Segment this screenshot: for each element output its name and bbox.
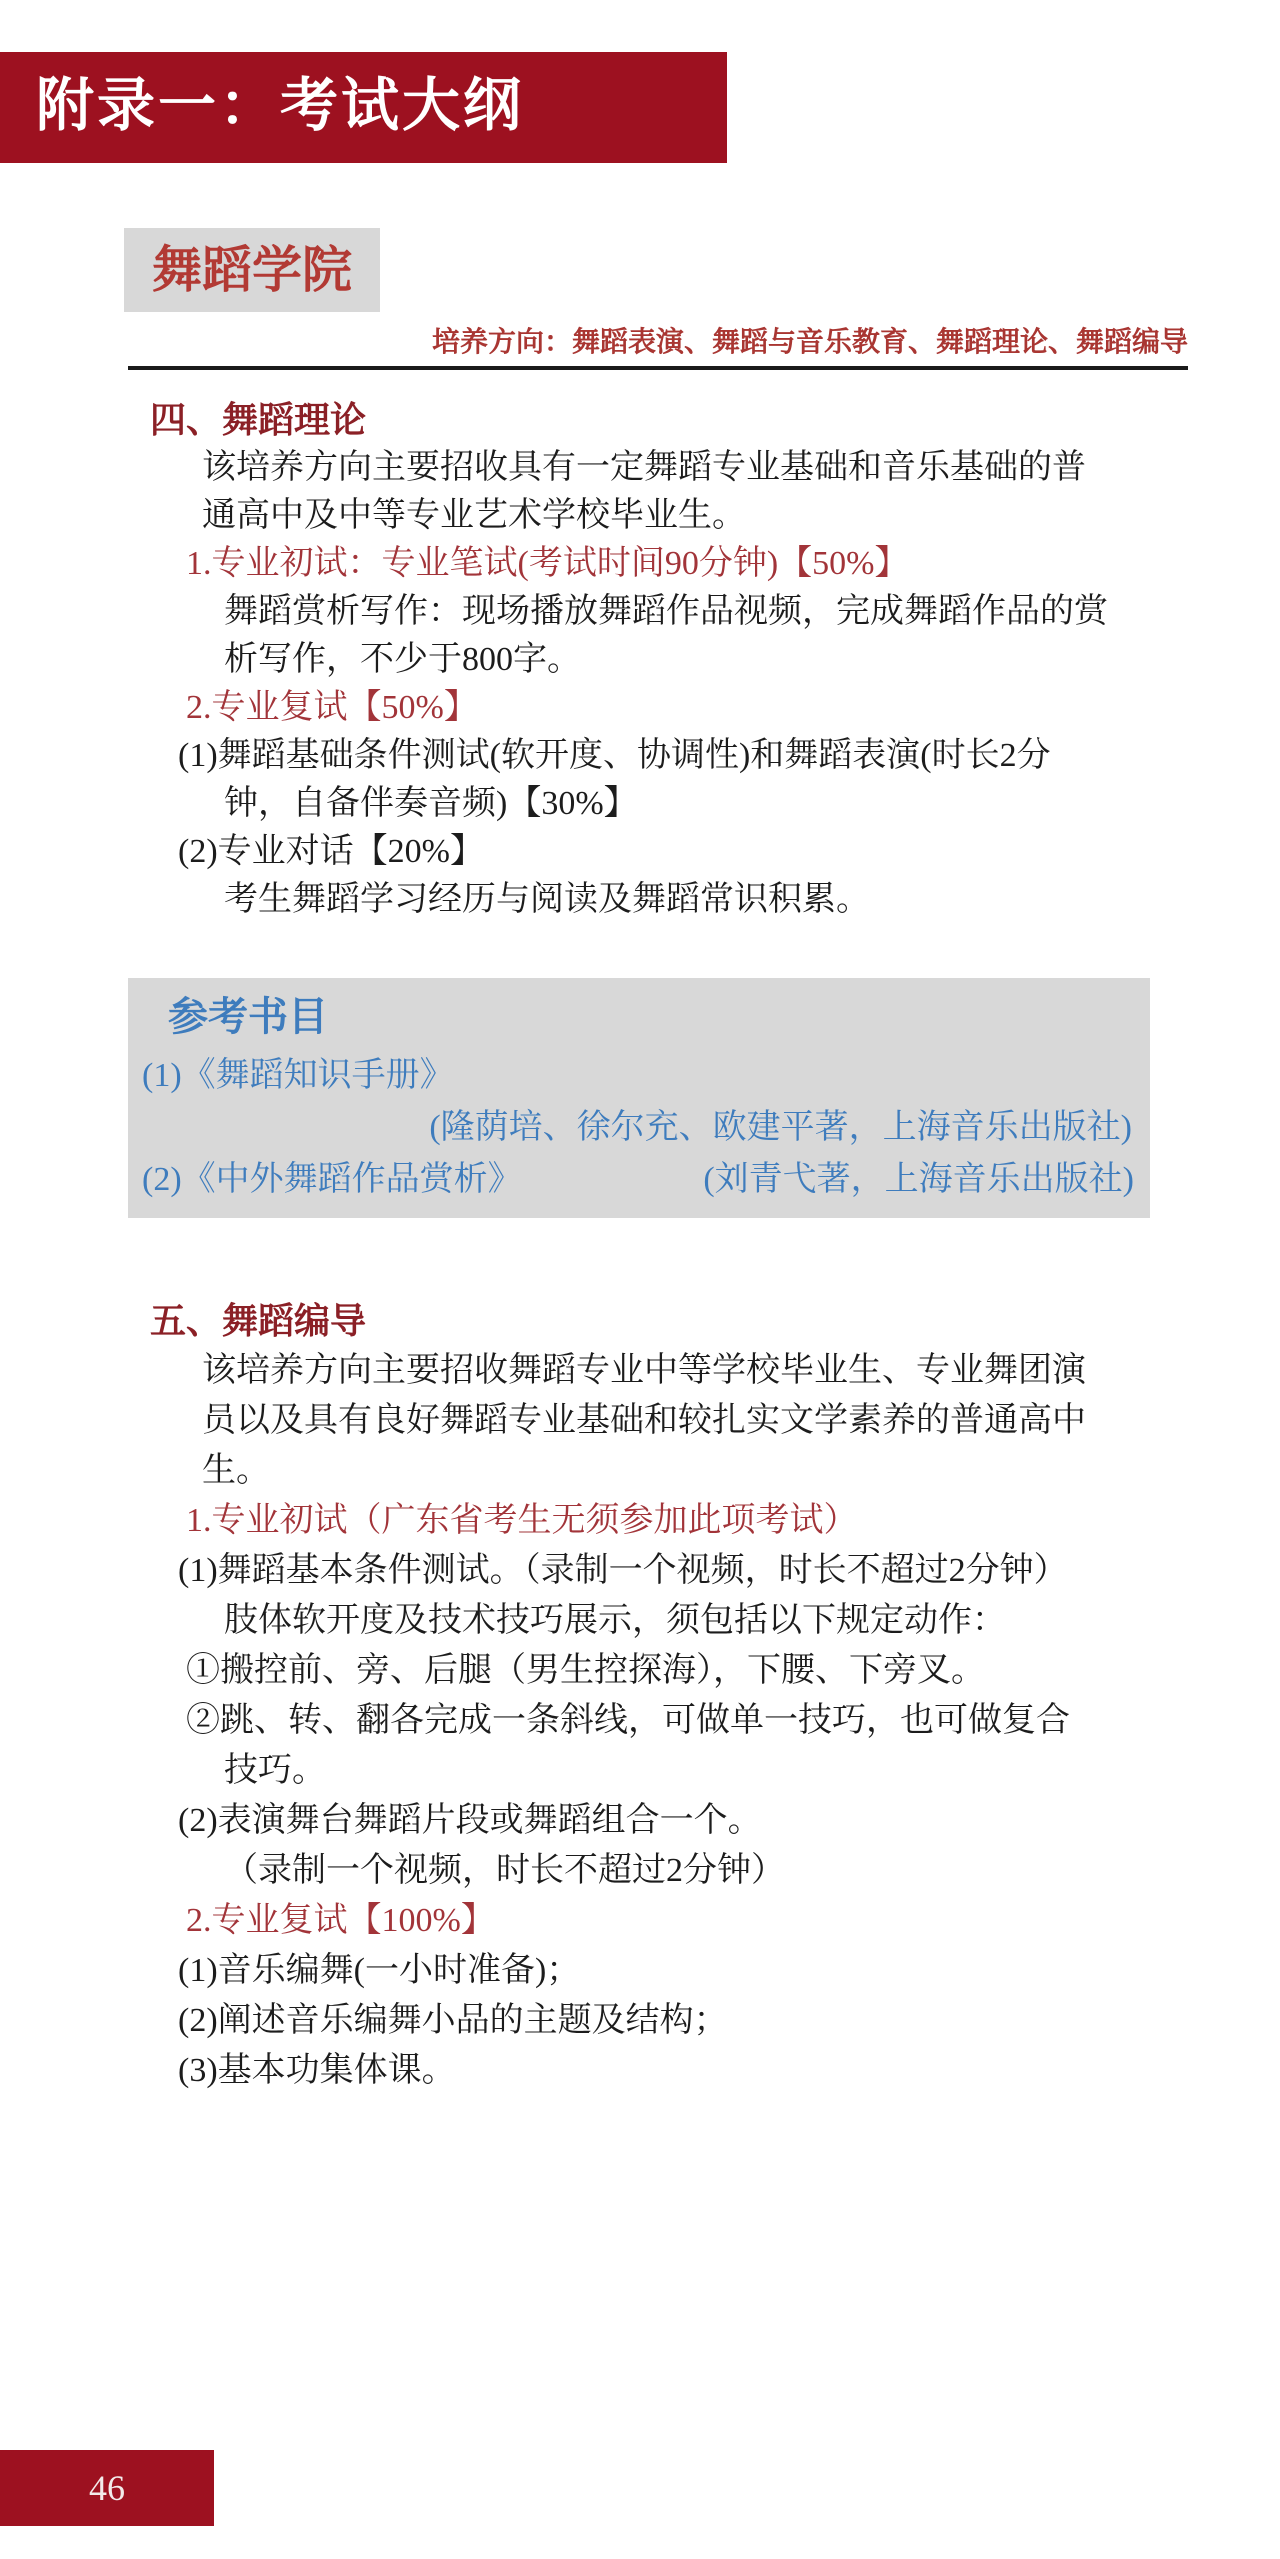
text-line: ②跳、转、翻各完成一条斜线，可做单一技巧，也可做复合 — [128, 1696, 1203, 1746]
book-2-title: (2)《中外舞蹈作品赏析》 — [142, 1154, 522, 1206]
appendix-banner: 附录一：考试大纲 — [0, 52, 727, 163]
text-line: (2)表演舞台舞蹈片段或舞蹈组合一个。 — [128, 1796, 1203, 1846]
text-line: 1.专业初试（广东省考生无须参加此项考试） — [128, 1496, 1203, 1546]
text-line: 四、舞蹈理论 — [128, 396, 1203, 444]
college-name: 舞蹈学院 — [152, 242, 352, 298]
text-line: 考生舞蹈学习经历与阅读及舞蹈常识积累。 — [128, 876, 1203, 924]
header-divider — [128, 366, 1188, 370]
text-line: 1.专业初试：专业笔试(考试时间90分钟)【50%】 — [128, 540, 1203, 588]
text-line: 员以及具有良好舞蹈专业基础和较扎实文学素养的普通高中 — [128, 1396, 1203, 1446]
section-dance-theory: 四、舞蹈理论该培养方向主要招收具有一定舞蹈专业基础和音乐基础的普通高中及中等专业… — [128, 396, 1203, 924]
appendix-title: 附录一：考试大纲 — [36, 73, 524, 138]
text-line: 舞蹈赏析写作：现场播放舞蹈作品视频，完成舞蹈作品的赏 — [128, 588, 1203, 636]
text-line: 通高中及中等专业艺术学校毕业生。 — [128, 492, 1203, 540]
text-line: (1)舞蹈基本条件测试。（录制一个视频，时长不超过2分钟） — [128, 1546, 1203, 1596]
text-line: 技巧。 — [128, 1746, 1203, 1796]
text-line: 生。 — [128, 1446, 1203, 1496]
text-line: (2)专业对话【20%】 — [128, 828, 1203, 876]
text-line: 2.专业复试【50%】 — [128, 684, 1203, 732]
book-1-title: (1)《舞蹈知识手册》 — [142, 1050, 1134, 1102]
text-line: (2)阐述音乐编舞小品的主题及结构； — [128, 1996, 1203, 2046]
book-1-authors: (隆荫培、徐尔充、欧建平著，上海音乐出版社) — [142, 1102, 1134, 1154]
text-line: 肢体软开度及技术技巧展示，须包括以下规定动作： — [128, 1596, 1203, 1646]
text-line: 析写作，不少于800字。 — [128, 636, 1203, 684]
section-dance-choreography: 五、舞蹈编导该培养方向主要招收舞蹈专业中等学校毕业生、专业舞团演员以及具有良好舞… — [128, 1296, 1203, 2096]
training-directions: 培养方向：舞蹈表演、舞蹈与音乐教育、舞蹈理论、舞蹈编导 — [128, 320, 1188, 360]
text-line: 该培养方向主要招收舞蹈专业中等学校毕业生、专业舞团演 — [128, 1346, 1203, 1396]
book-2-row: (2)《中外舞蹈作品赏析》 (刘青弋著，上海音乐出版社) — [142, 1154, 1134, 1206]
text-line: (1)音乐编舞(一小时准备)； — [128, 1946, 1203, 1996]
text-line: 钟，自备伴奏音频)【30%】 — [128, 780, 1203, 828]
book-2-authors: (刘青弋著，上海音乐出版社) — [703, 1154, 1134, 1206]
text-line: 该培养方向主要招收具有一定舞蹈专业基础和音乐基础的普 — [128, 444, 1203, 492]
text-line: ①搬控前、旁、后腿（男生控探海），下腰、下旁叉。 — [128, 1646, 1203, 1696]
text-line: （录制一个视频，时长不超过2分钟） — [128, 1846, 1203, 1896]
text-line: 2.专业复试【100%】 — [128, 1896, 1203, 1946]
text-line: (1)舞蹈基础条件测试(软开度、协调性)和舞蹈表演(时长2分 — [128, 732, 1203, 780]
reference-books-box: 参考书目 (1)《舞蹈知识手册》 (隆荫培、徐尔充、欧建平著，上海音乐出版社) … — [128, 978, 1150, 1218]
page-number: 46 — [89, 2468, 125, 2508]
text-line: 五、舞蹈编导 — [128, 1296, 1203, 1346]
college-name-box: 舞蹈学院 — [124, 228, 380, 312]
text-line: (3)基本功集体课。 — [128, 2046, 1203, 2096]
page-number-box: 46 — [0, 2450, 214, 2526]
reference-books-title: 参考书目 — [142, 992, 1134, 1042]
